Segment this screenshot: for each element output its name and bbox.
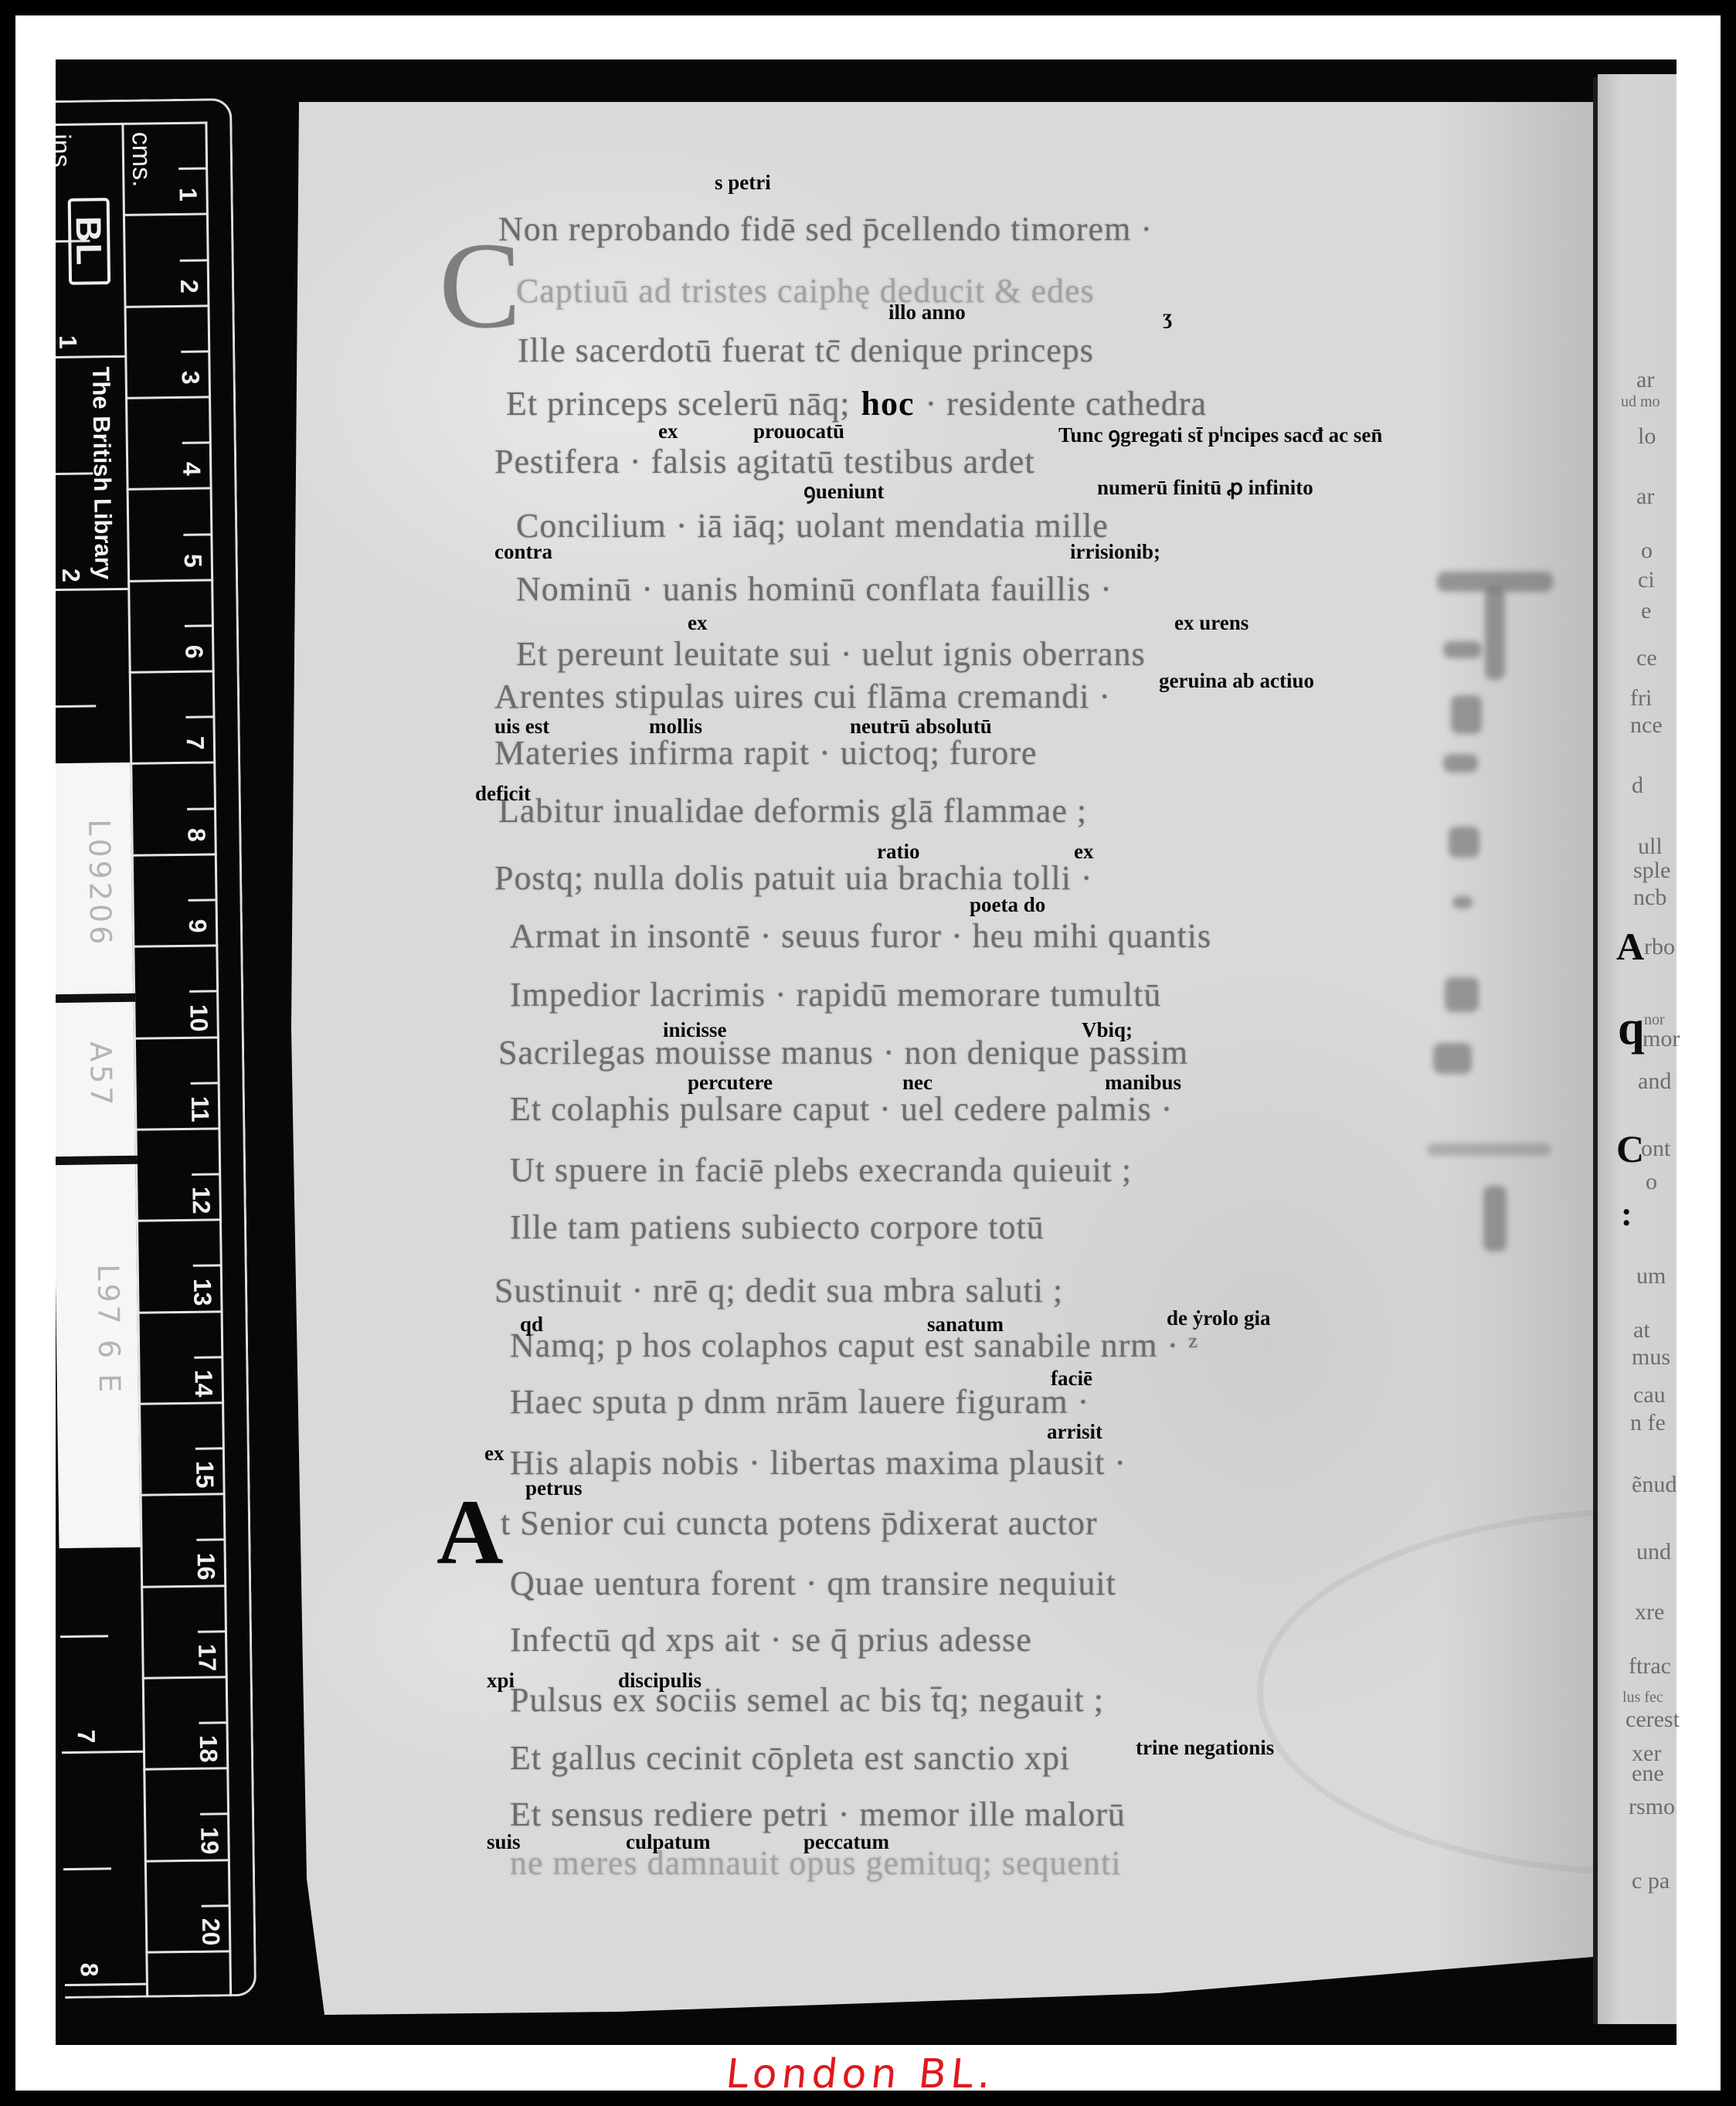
cm-half-tick [185,624,213,627]
gloss: ꝯueniunt [803,476,884,504]
red-annotation: London BL. [724,2054,997,2094]
cm-half-tick [185,715,214,718]
gloss: ex [688,611,707,635]
gloss: de ẏrolo gia [1167,1306,1271,1330]
gloss: neutrū absolutū [850,715,992,739]
cm-tick-label: 11 [188,1096,212,1123]
gloss: deficit [475,782,531,806]
facing-fragment: sple [1633,858,1670,883]
facing-fragment: ull [1638,834,1663,859]
cm-tick-label: 14 [192,1370,216,1398]
gloss: arrisit [1047,1420,1102,1444]
gloss: ex [1074,840,1093,864]
verse-line: Ut spuere in faciē plebs execranda quieu… [510,1150,1132,1194]
gloss: irrisionib; [1070,540,1160,564]
cm-half-tick [193,1264,222,1266]
offset-stain [1443,641,1482,658]
gloss: sanatum [927,1313,1004,1337]
cm-tick-label: 20 [199,1918,223,1946]
gloss: ex [484,1442,504,1466]
verse-line: Concilium · iā iāq; uolant mendatia mill… [516,506,1109,549]
pencil-mark: L09206 [84,819,115,948]
verse-line: Pestifera · falsis agitatū testibus arde… [494,442,1035,485]
gloss: manibus [1105,1071,1181,1095]
facing-fragment: um [1636,1264,1666,1289]
gloss: uis est [494,715,549,739]
facing-fragment: o [1641,538,1653,563]
gloss: contra [494,540,552,564]
facing-fragment: mus [1632,1345,1670,1370]
gloss: ex [658,420,678,443]
facing-fragment: mor [1643,1027,1680,1051]
cm-tick-label: 3 [178,371,203,385]
gloss: illo anno [888,301,966,324]
verse-line: Et pereunt leuitate sui · uelut ignis ob… [516,634,1146,678]
cm-tick-label: 17 [195,1644,219,1672]
gloss: suis [487,1830,521,1854]
cm-tick-label: 2 [177,280,202,294]
verse-line: Et gallus cecinit cōpleta est sanctio xp… [510,1738,1070,1782]
facing-fragment: at [1633,1318,1650,1343]
offset-stain [1452,896,1473,909]
cms-label: cms. [128,131,155,187]
verse-line: Namq; p hos colaphos caput est sanabile … [510,1326,1198,1369]
gloss: qd [520,1313,543,1337]
verse-line: Et colaphis pulsare caput · uel cedere p… [510,1089,1173,1133]
facing-fragment: lo [1638,424,1656,449]
cm-tick-label: 1 [175,188,200,202]
inch-tick-label: 2 [59,569,83,583]
offset-stain [1433,1043,1472,1074]
logo-text: BL [68,216,110,267]
facing-fragment: c pa [1632,1869,1670,1894]
facing-initial: : [1621,1197,1632,1231]
cm-half-tick [194,1356,223,1358]
gloss: ex urens [1174,611,1248,635]
gloss: prouocatū [753,420,844,443]
gloss: xpi [487,1669,515,1693]
gloss: percutere [688,1071,773,1095]
facing-fragment: e [1641,599,1651,623]
cm-tick-label: 8 [184,828,209,842]
facing-fragment: ene [1632,1761,1664,1786]
cm-tick-label: 12 [189,1187,213,1214]
cm-tick-label: 13 [190,1279,215,1306]
facing-fragment: o [1646,1170,1657,1194]
verse-line: Captiuū ad tristes caiphę deducit & edes [516,271,1095,314]
facing-fragment: d [1632,773,1643,798]
label-divider-bar [56,994,135,1003]
gloss: culpatum [626,1830,711,1854]
inch-tick-label: 7 [74,1730,99,1744]
cm-half-tick [202,1904,230,1907]
correction: hoc [861,385,915,423]
cm-tick-label: 10 [186,1004,211,1032]
offset-stain [1485,587,1505,680]
cm-half-tick [196,1538,225,1540]
gloss: ratio [877,840,919,864]
facing-fragment: ont [1641,1136,1670,1161]
facing-initial: C [1616,1129,1644,1168]
verse-line: Non reprobando fidē sed p̄cellendo timor… [498,209,1153,253]
gloss: peccatum [803,1830,889,1854]
verse-segment: · residente cathedra [926,385,1207,423]
facing-fragment: xre [1635,1600,1664,1625]
gloss: discipulis [618,1669,702,1693]
verse-line: Pulsus ex sociis semel ac bis t̄q; negau… [510,1680,1104,1724]
cm-tick-label: 9 [185,919,210,933]
facing-fragment: cerest [1626,1707,1680,1732]
cm-half-tick [180,259,209,261]
cm-tick-label: 16 [194,1553,219,1581]
cm-tick-label: 6 [182,645,206,659]
cm-half-tick [199,1721,227,1724]
gloss: geruina ab actiuo [1159,669,1314,693]
facing-fragment: und [1636,1540,1671,1564]
cm-tick-label: 5 [181,554,206,568]
cm-half-tick [181,350,209,352]
cm-half-tick [182,441,211,443]
verse-line: Armat in insontē · seuus furor · heu mih… [510,916,1211,960]
british-library-logo-icon: BL [68,198,110,285]
gloss: Vbiq; [1082,1018,1133,1042]
gloss: s petri [715,171,771,195]
facing-initial: q [1618,1004,1644,1052]
offset-stain [1483,1186,1507,1252]
gloss: petrus [525,1476,583,1500]
gloss: ʒ [1163,305,1172,329]
cm-tick-label: 4 [179,462,204,476]
gloss: Tunc ꝯgregati st̄ pⁱncipes sacđ ac sen̄ [1058,420,1382,448]
verse-line: Quae uentura forent · qm transire nequiu… [510,1564,1116,1607]
cm-half-tick [200,1812,229,1815]
cm-tick-label: 15 [192,1461,217,1489]
verse-line: Haec sputa p dnm nrām lauere figuram · [510,1382,1089,1425]
gloss: mollis [649,715,702,739]
facing-fragment: and [1638,1069,1671,1094]
gloss: poeta do [970,893,1045,917]
cm-half-tick [187,807,216,810]
gloss: trine negationis [1136,1736,1274,1760]
cm-tick-label: 18 [196,1735,221,1763]
inch-tick-label: 8 [77,1963,102,1977]
facing-fragment: ud mo [1621,389,1660,414]
cm-half-tick [183,533,212,535]
inch-tick-label: 1 [56,335,80,349]
facing-fragment: rbo [1644,935,1675,960]
facing-fragment: n fe [1630,1411,1666,1435]
pencil-mark: L97 6 E [93,1264,124,1395]
verse-line: Labitur inualidae deformis glā flammae ; [498,791,1087,834]
facing-fragment: ci [1638,568,1655,593]
offset-stain [1443,754,1478,773]
verse-segment: Et princeps scelerū nāq; [506,385,851,423]
scale-ruler: 1 2 3 4 5 6 7 8 9 10 11 12 13 14 15 16 1… [56,98,266,2009]
facing-fragment: ce [1636,646,1657,671]
verse-line: Infectū qd xps ait · se q̄ prius adesse [510,1620,1032,1663]
cm-half-tick [189,990,218,992]
verse-line: His alapis nobis · libertas maxima plaus… [510,1443,1126,1486]
cm-half-tick [192,1173,220,1175]
facing-fragment: cau [1633,1383,1666,1408]
cm-half-tick [191,1082,219,1084]
offset-stain [1445,977,1479,1012]
facing-fragment: nce [1630,713,1663,738]
verse-line: Arentes stipulas uires cui flāma cremand… [494,677,1111,720]
cm-half-tick [195,1447,224,1449]
offset-stain [1427,1143,1551,1156]
ins-label: ins [56,134,74,168]
facing-fragment: ẽnud [1632,1473,1677,1497]
facing-fragment: ar [1636,484,1654,509]
initial-a: A [437,1486,504,1578]
facing-initial: A [1616,927,1644,966]
cm-tick-label: 19 [197,1827,222,1855]
cm-half-tick [178,167,207,169]
facing-fragment: rsmo [1629,1795,1675,1819]
label-divider-bar [56,1156,138,1165]
offset-stain [1449,827,1480,858]
verse-line: Nominū · uanis hominū conflata fauillis … [516,569,1113,613]
facing-fragment: fri [1630,686,1652,711]
gloss: nec [902,1071,933,1095]
gloss: numerū finitū ꝓ infinito [1097,476,1313,500]
verse-line: Impedior lacrimis · rapidū memorare tumu… [510,975,1161,1018]
cm-half-tick [198,1630,226,1632]
verse-line: Ille tam patiens subiecto corpore totū [510,1208,1045,1251]
verse-line: t Senior cui cuncta potens p̄dixerat auc… [501,1503,1098,1547]
verse-line: Ille sacerdotū fuerat tc̄ denique prince… [518,331,1094,374]
pencil-mark: A57 [86,1041,116,1109]
gloss: faciē [1051,1367,1092,1391]
facing-fragment: ftrac [1629,1654,1671,1679]
verse-line: Sustinuit · nrē q; dedit sua mbra saluti… [494,1271,1063,1314]
brand-name: The British Library [89,366,116,579]
gloss: inicisse [663,1018,727,1042]
facing-fragment: ncb [1633,885,1666,910]
offset-stain [1451,695,1482,734]
cm-half-tick [189,898,217,901]
verse-line: Materies infirma rapit · uictoq; furore [494,733,1037,776]
cm-tick-label: 7 [183,736,208,750]
